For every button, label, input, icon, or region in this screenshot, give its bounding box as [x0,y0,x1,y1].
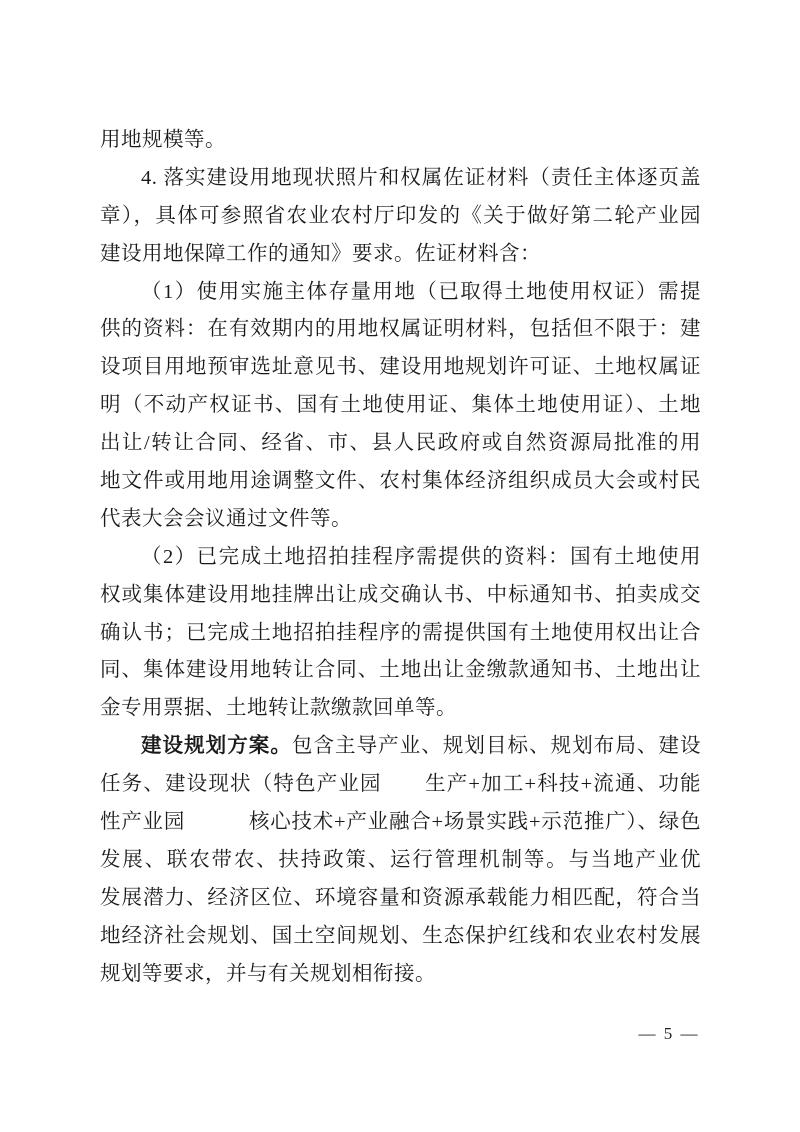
text-line: 金专用票据、土地转让款缴款回单等。 [100,690,701,728]
text-line: 章），具体可参照省农业农村厅印发的《关于做好第二轮产业园 [100,198,701,236]
page-number: — 5 — [628,1022,708,1046]
text-line: 地经济社会规划、国土空间规划、生态保护红线和农业农村发展 [100,918,701,956]
text-line: （2）已完成土地招拍挂程序需提供的资料：国有土地使用 [100,539,701,577]
text-line: 建设用地保障工作的通知》要求。佐证材料含： [100,236,701,274]
text-line: 建设规划方案。包含主导产业、规划目标、规划布局、建设 [100,728,701,766]
text-line: 用地规模等。 [100,122,701,160]
text-line: 发展、联农带农、扶持政策、运行管理机制等。与当地产业优势、 [100,842,701,880]
text-line: 供的资料：在有效期内的用地权属证明材料，包括但不限于：建 [100,311,701,349]
text-line: 明（不动产权证书、国有土地使用证、集体土地使用证）、土地 [100,387,701,425]
text-line: 出让/转让合同、经省、市、县人民政府或自然资源局批准的用 [100,425,701,463]
text-line: 代表大会会议通过文件等。 [100,501,701,539]
text-line: 地文件或用地用途调整文件、农村集体经济组织成员大会或村民 [100,463,701,501]
paragraph-lead-bold: 建设规划方案。 [141,735,292,757]
text-line: （1）使用实施主体存量用地（已取得土地使用权证）需提 [100,274,701,312]
text-line: 发展潜力、经济区位、环境容量和资源承载能力相匹配，符合当 [100,880,701,918]
document-page: 用地规模等。4. 落实建设用地现状照片和权属佐证材料（责任主体逐页盖章），具体可… [0,0,800,1132]
text-line: 设项目用地预审选址意见书、建设用地规划许可证、土地权属证 [100,349,701,387]
text-line: 任务、建设现状（特色产业园 生产+加工+科技+流通、功能 [100,766,701,804]
text-line: 性产业园 核心技术+产业融合+场景实践+示范推广）、绿色 [100,804,701,842]
text-block: 用地规模等。4. 落实建设用地现状照片和权属佐证材料（责任主体逐页盖章），具体可… [100,122,701,993]
text-line: 确认书；已完成土地招拍挂程序的需提供国有土地使用权出让合 [100,615,701,653]
text-line: 规划等要求，并与有关规划相衔接。 [100,956,701,994]
text-line: 同、集体建设用地转让合同、土地出让金缴款通知书、土地出让 [100,652,701,690]
text-line: 权或集体建设用地挂牌出让成交确认书、中标通知书、拍卖成交 [100,577,701,615]
text-line: 4. 落实建设用地现状照片和权属佐证材料（责任主体逐页盖 [100,160,701,198]
